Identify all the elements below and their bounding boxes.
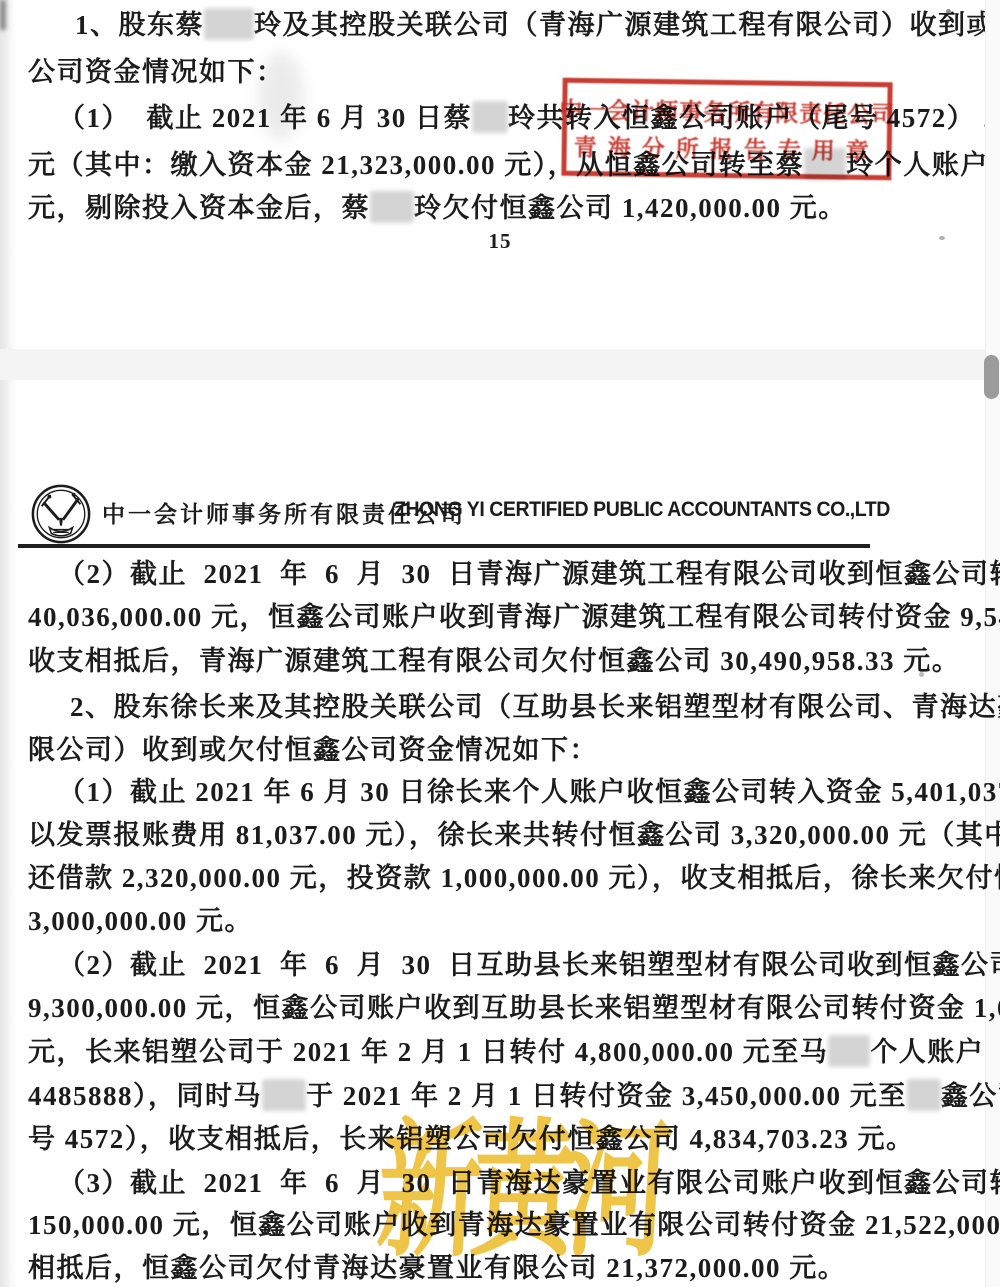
text-segment: 2、股东徐长来及其控股关联公司（互助县长来铝塑型材有限公司、青海达豪置业有	[70, 692, 1000, 722]
text-segment: 以发票报账费用 81,037.00 元），徐长来共转付恒鑫公司 3,320,00…	[28, 820, 1000, 850]
photo-edge-shadow	[0, 0, 16, 1287]
text-segment: （1） 截止 2021 年 6 月 30 日蔡	[58, 103, 472, 133]
stamp-branch-line: 青海分所报告专用章	[574, 129, 880, 166]
doc-line-s1c-l1: （2）截止 2021 年 6 月 30 日青海广源建筑工程有限公司收到恒鑫公司转…	[58, 557, 1000, 591]
letterhead-company-en: ZHONG YI CERTIFIED PUBLIC ACCOUNTANTS CO…	[394, 498, 890, 522]
doc-line-s2p2-l4: 4485888），同时马于 2021 年 2 月 1 日转付资金 3,450,0…	[28, 1079, 1000, 1113]
doc-line-s1c-l2: 40,036,000.00 元，恒鑫公司账户收到青海广源建筑工程有限公司转付资金…	[28, 600, 1000, 634]
text-segment: （1）截止 2021 年 6 月 30 日徐长来个人账户收恒鑫公司转入资金 5,…	[58, 777, 1000, 807]
text-segment: 4485888），同时马	[28, 1081, 262, 1111]
doc-line-s2p1-l3: 还借款 2,320,000.00 元，投资款 1,000,000.00 元），收…	[28, 861, 1000, 895]
redaction-blur	[262, 1079, 306, 1111]
text-segment: 收支相抵后，青海广源建筑工程有限公司欠付恒鑫公司 30,490,958.33 元…	[28, 646, 960, 676]
photo-corner-artifact	[0, 0, 6, 30]
text-segment: 玲及其控股关联公司（青海广源建筑工程有限公司）收到或欠付恒鑫	[254, 10, 1000, 40]
redaction-blur	[370, 191, 414, 223]
redaction-blur	[472, 101, 508, 133]
text-segment: 于 2021 年 2 月 1 日转付资金 3,450,000.00 元至	[306, 1081, 907, 1111]
watermark-xinhuanghe: 新黄河	[374, 1118, 665, 1268]
text-segment: 3,000,000.00 元。	[28, 906, 253, 936]
doc-line-s2p2-l1: （2）截止 2021 年 6 月 30 日互助县长来铝塑型材有限公司收到恒鑫公司…	[58, 948, 1000, 982]
doc-line-s1-l2: 公司资金情况如下：	[28, 55, 285, 89]
text-segment: 公司资金情况如下：	[28, 57, 285, 87]
page-number: 15	[0, 229, 1000, 254]
redaction-blur	[204, 8, 254, 40]
doc-line-s1-l1: 1、股东蔡玲及其控股关联公司（青海广源建筑工程有限公司）收到或欠付恒鑫	[75, 8, 1000, 42]
doc-line-s2p1-l1: （1）截止 2021 年 6 月 30 日徐长来个人账户收恒鑫公司转入资金 5,…	[58, 775, 1000, 809]
zhongyi-logo-icon	[30, 483, 92, 545]
doc-line-s2p2-l3: 元，长来铝塑公司于 2021 年 2 月 1 日转付 4,800,000.00 …	[28, 1035, 1000, 1069]
official-seal-stamp: 中一会计师事务所有限责任公司 青海分所报告专用章	[561, 78, 892, 181]
redaction-blur	[907, 1079, 941, 1111]
text-segment: 还借款 2,320,000.00 元，投资款 1,000,000.00 元），收…	[28, 863, 1000, 893]
doc-line-s2p1-l2: 以发票报账费用 81,037.00 元），徐长来共转付恒鑫公司 3,320,00…	[28, 818, 1000, 852]
text-segment: 9,300,000.00 元，恒鑫公司账户收到互助县长来铝塑型材有限公司转付资金…	[28, 993, 1000, 1023]
text-segment: 1、股东蔡	[75, 10, 204, 40]
text-segment: 个人账户（尾号	[870, 1037, 1000, 1067]
redaction-blur	[828, 1035, 870, 1067]
stamp-firm-name: 中一会计师事务所有限责任公司	[559, 92, 895, 130]
text-segment: 玲欠付恒鑫公司 1,420,000.00 元。	[414, 193, 847, 223]
text-segment: 鑫公司账户（尾	[941, 1081, 1000, 1111]
text-segment: 限公司）收到或欠付恒鑫公司资金情况如下：	[28, 735, 598, 765]
doc-line-s1c-l3: 收支相抵后，青海广源建筑工程有限公司欠付恒鑫公司 30,490,958.33 元…	[28, 644, 960, 678]
text-segment: 元，剔除投入资本金后，蔡	[28, 193, 370, 223]
text-segment: （2）截止 2021 年 6 月 30 日青海广源建筑工程有限公司收到恒鑫公司转…	[58, 559, 1000, 589]
scanned-audit-report: { "document": { "page1": { "section1": {…	[0, 0, 1000, 1287]
text-segment: 40,036,000.00 元，恒鑫公司账户收到青海广源建筑工程有限公司转付资金…	[28, 602, 1000, 632]
doc-line-s2p1-l4: 3,000,000.00 元。	[28, 904, 253, 938]
doc-line-s1-l5: 元，剔除投入资本金后，蔡玲欠付恒鑫公司 1,420,000.00 元。	[28, 191, 847, 225]
doc-line-s2-l2: 限公司）收到或欠付恒鑫公司资金情况如下：	[28, 733, 598, 767]
text-segment: （2）截止 2021 年 6 月 30 日互助县长来铝塑型材有限公司收到恒鑫公司…	[58, 950, 1000, 980]
scrollbar-thumb[interactable]	[984, 355, 999, 399]
doc-line-s2-l1: 2、股东徐长来及其控股关联公司（互助县长来铝塑型材有限公司、青海达豪置业有	[70, 690, 1000, 724]
letterhead-divider	[18, 544, 870, 548]
doc-line-s2p2-l2: 9,300,000.00 元，恒鑫公司账户收到互助县长来铝塑型材有限公司转付资金…	[28, 991, 1000, 1025]
text-segment: 元，长来铝塑公司于 2021 年 2 月 1 日转付 4,800,000.00 …	[28, 1037, 828, 1067]
page-gap-band	[0, 349, 1000, 380]
